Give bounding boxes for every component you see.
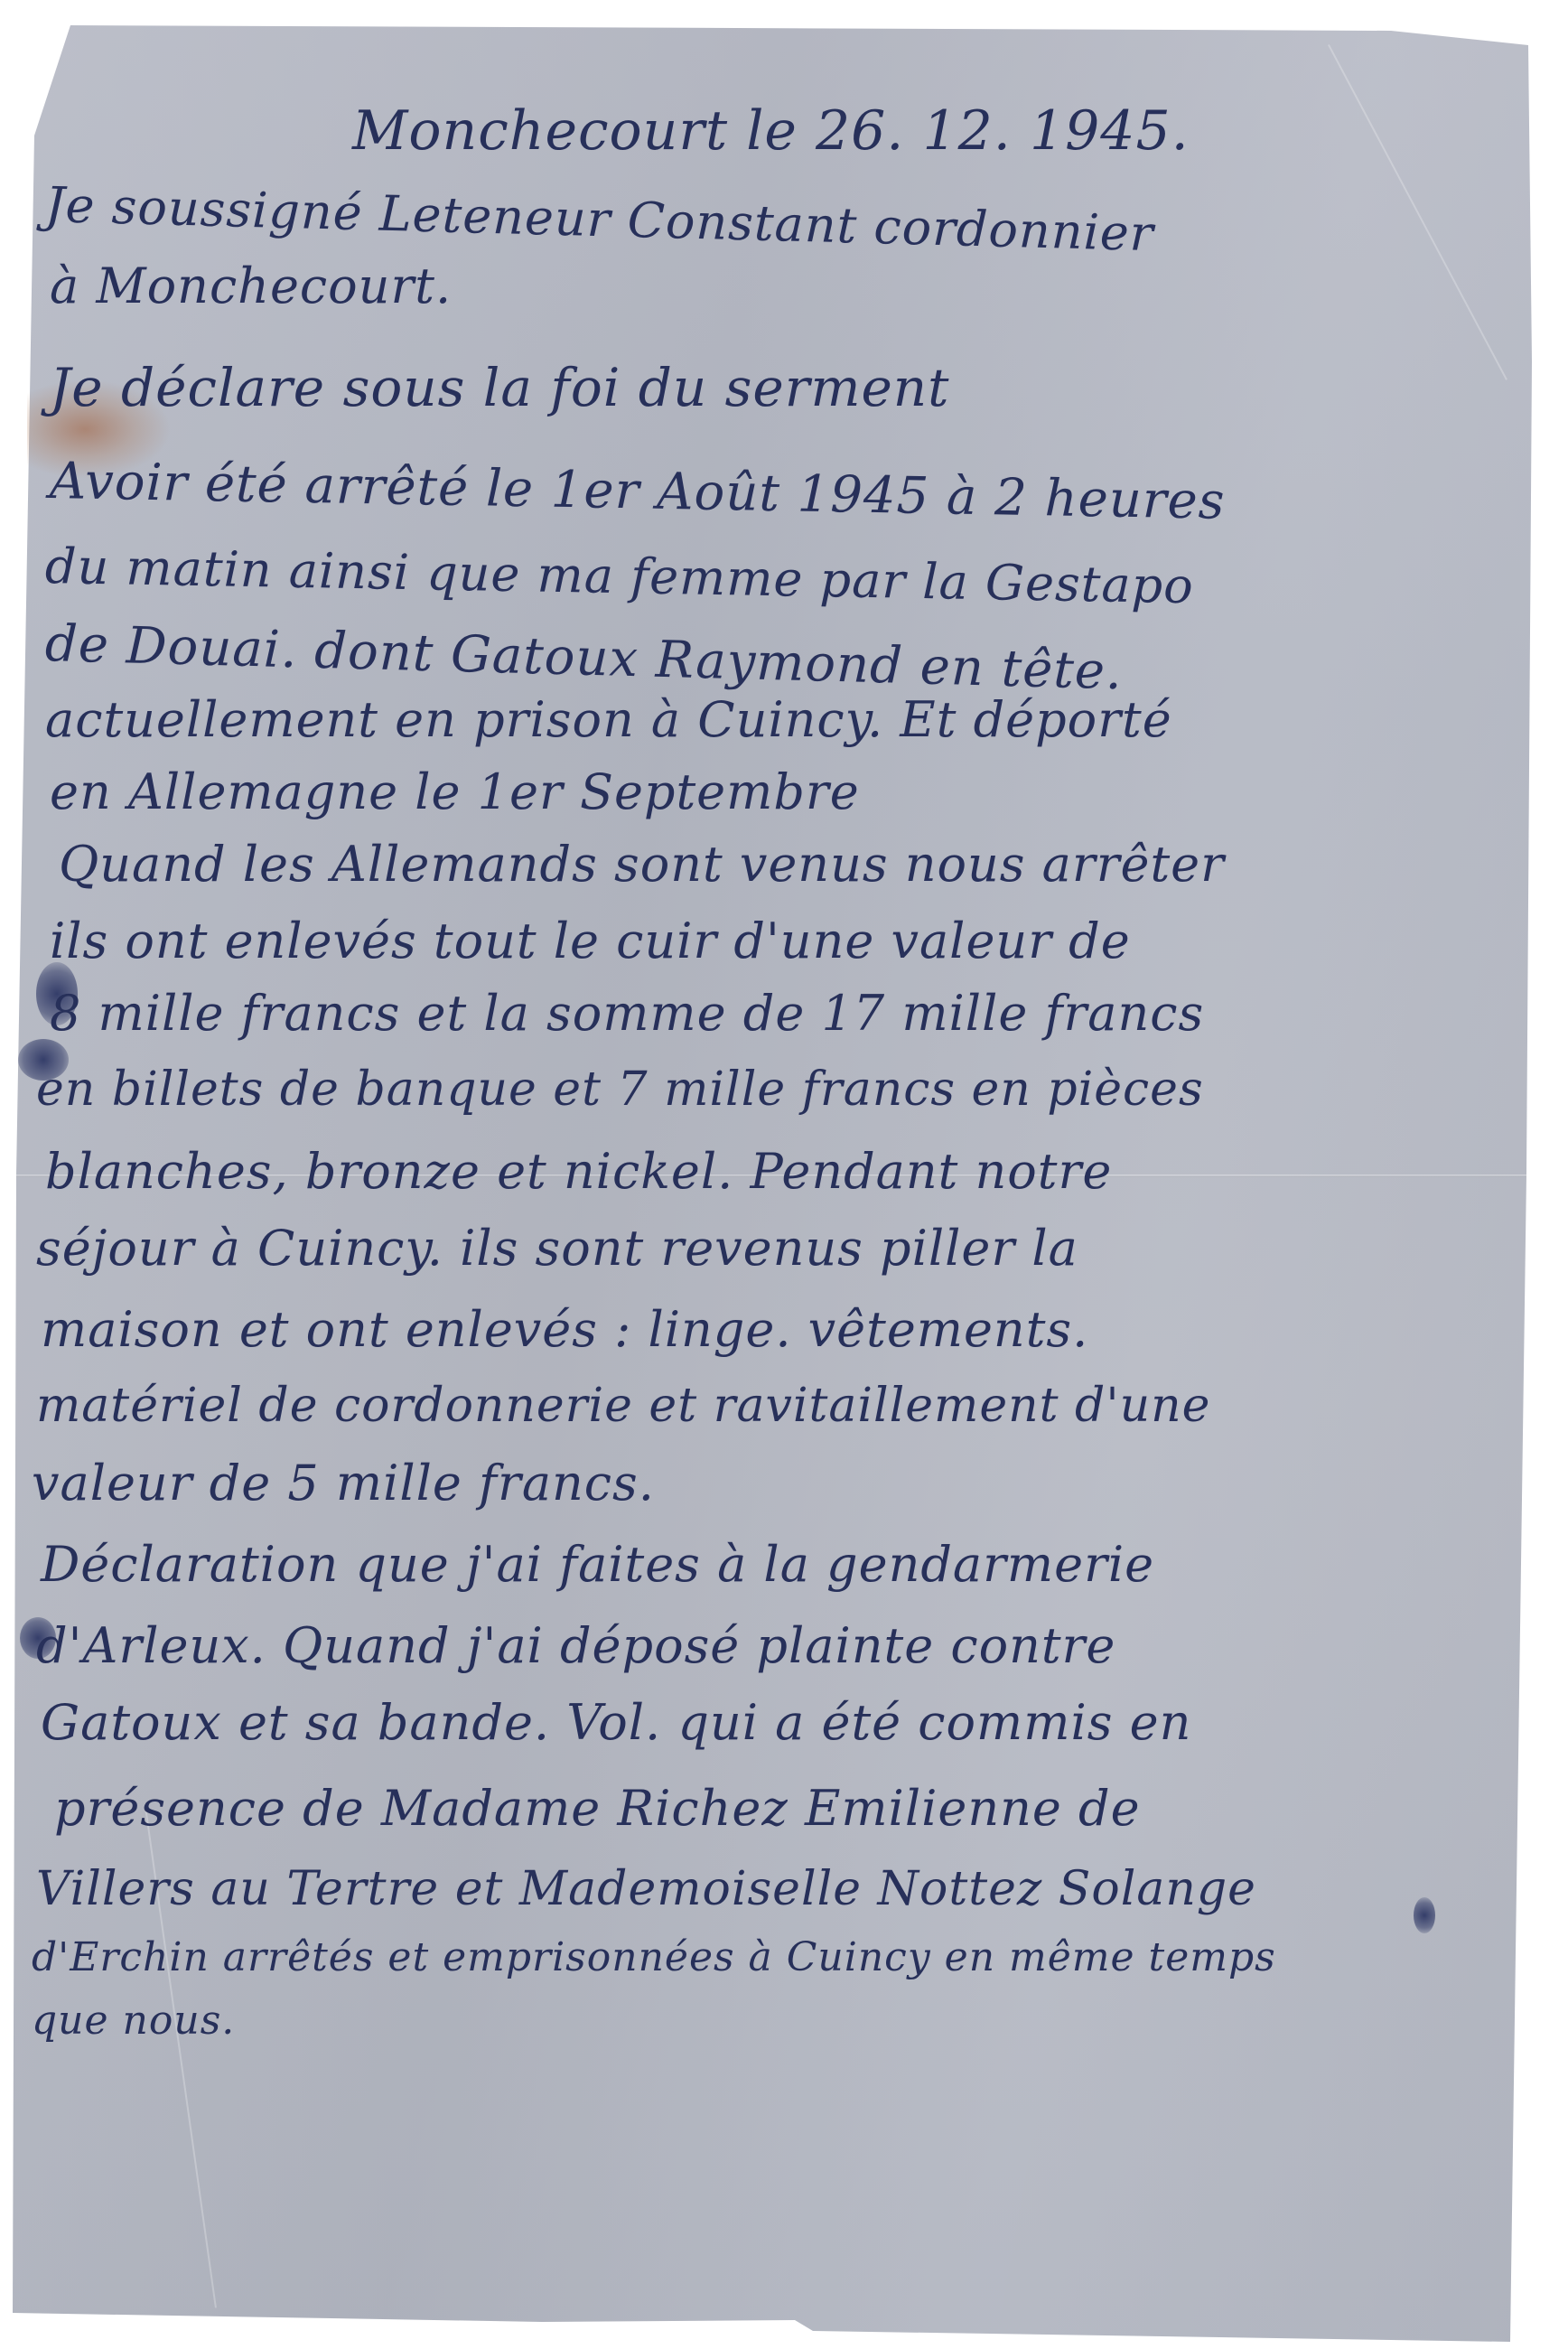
text-line: Déclaration que j'ai faites à la gendarm… (41, 1540, 1154, 1589)
text-line: ils ont enlevés tout le cuir d'une valeu… (50, 917, 1131, 966)
text-line: matériel de cordonnerie et ravitaillemen… (36, 1382, 1210, 1429)
text-line: actuellement en prison à Cuincy. Et dépo… (45, 696, 1172, 744)
text-line: en Allemagne le 1er Septembre (50, 768, 860, 817)
text-line: Gatoux et sa bande. Vol. qui a été commi… (41, 1699, 1191, 1747)
text-line: d'Arleux. Quand j'ai déposé plainte cont… (36, 1622, 1115, 1671)
text-line: valeur de 5 mille francs. (32, 1459, 655, 1508)
text-line: blanches, bronze et nickel. Pendant notr… (45, 1147, 1112, 1196)
text-line: 8 mille francs et la somme de 17 mille f… (50, 989, 1204, 1038)
text-line: en billets de banque et 7 mille francs e… (36, 1066, 1204, 1113)
text-line: séjour à Cuincy. ils sont revenus piller… (36, 1224, 1078, 1273)
text-line: que nous. (32, 2001, 235, 2041)
text-line: Quand les Allemands sont venus nous arrê… (59, 840, 1225, 889)
text-line: à Monchecourt. (50, 262, 452, 311)
text-line: d'Erchin arrêtés et emprisonnées à Cuinc… (32, 1938, 1276, 1978)
ink-blot (1414, 1897, 1435, 1933)
text-line: présence de Madame Richez Emilienne de (54, 1784, 1141, 1833)
text-line: Je déclare sous la foi du serment (50, 361, 949, 414)
place-date-heading: Monchecourt le 26. 12. 1945. (352, 104, 1190, 158)
text-line: Villers au Tertre et Mademoiselle Nottez… (36, 1866, 1256, 1913)
text-line: maison et ont enlevés : linge. vêtements… (41, 1306, 1088, 1354)
